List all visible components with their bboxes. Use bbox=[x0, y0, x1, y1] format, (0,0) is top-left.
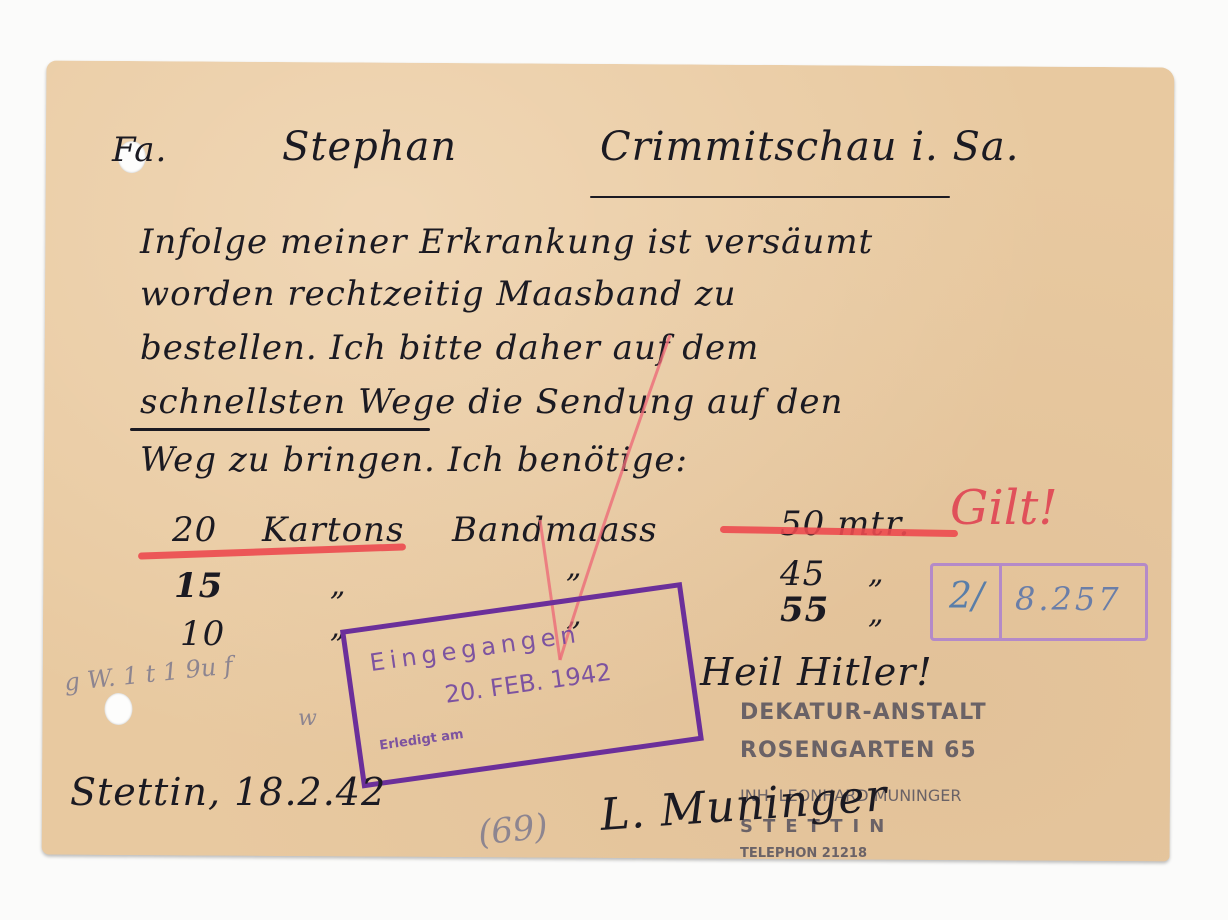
order-length-2: 45 bbox=[780, 554, 825, 594]
order-qty-3: 10 bbox=[180, 614, 225, 654]
ditto-mark: „ bbox=[868, 556, 885, 591]
greeting-prefix: Fa. bbox=[112, 130, 167, 170]
sender-stamp-line-2: ROSENGARTEN 65 bbox=[740, 738, 977, 763]
red-annotation: Gilt! bbox=[950, 480, 1058, 536]
body-line-2: worden rechtzeitig Maasband zu bbox=[140, 274, 737, 314]
body-line-1: Infolge meiner Erkrankung ist versäumt bbox=[140, 222, 873, 262]
sender-stamp-line-1: DEKATUR-ANSTALT bbox=[740, 700, 987, 725]
pencil-note: w bbox=[298, 706, 317, 731]
ditto-mark: „ bbox=[330, 568, 347, 603]
punch-hole bbox=[104, 693, 132, 725]
recipient-name: Stephan bbox=[282, 124, 457, 170]
address-underline bbox=[590, 196, 950, 198]
reference-number: 8.257 bbox=[1015, 580, 1122, 618]
underline-schnellsten bbox=[130, 428, 430, 431]
order-qty-2: 15 bbox=[174, 566, 223, 606]
closing-salutation: Heil Hitler! bbox=[700, 650, 933, 694]
body-line-4: schnellsten Wege die Sendung auf den bbox=[140, 382, 843, 422]
ditto-mark: „ bbox=[868, 596, 885, 631]
order-length-3: 55 bbox=[780, 590, 829, 630]
recipient-place: Crimmitschau i. Sa. bbox=[600, 124, 1019, 170]
order-length-1: 50 mtr. bbox=[780, 504, 910, 544]
place-date: Stettin, 18.2.42 bbox=[70, 770, 386, 814]
receipt-date: 20. FEB. 1942 bbox=[443, 658, 613, 709]
stamp-divider bbox=[999, 566, 1002, 638]
reference-left: 2/ bbox=[949, 576, 984, 617]
pencil-note: (69) bbox=[476, 806, 550, 853]
reference-stamp: 2/ 8.257 bbox=[930, 563, 1148, 641]
order-qty-1: 20 bbox=[172, 510, 217, 550]
receipt-footer: Erledigt am bbox=[379, 727, 465, 754]
sender-stamp-line-5: TELEPHON 21218 bbox=[740, 846, 867, 861]
